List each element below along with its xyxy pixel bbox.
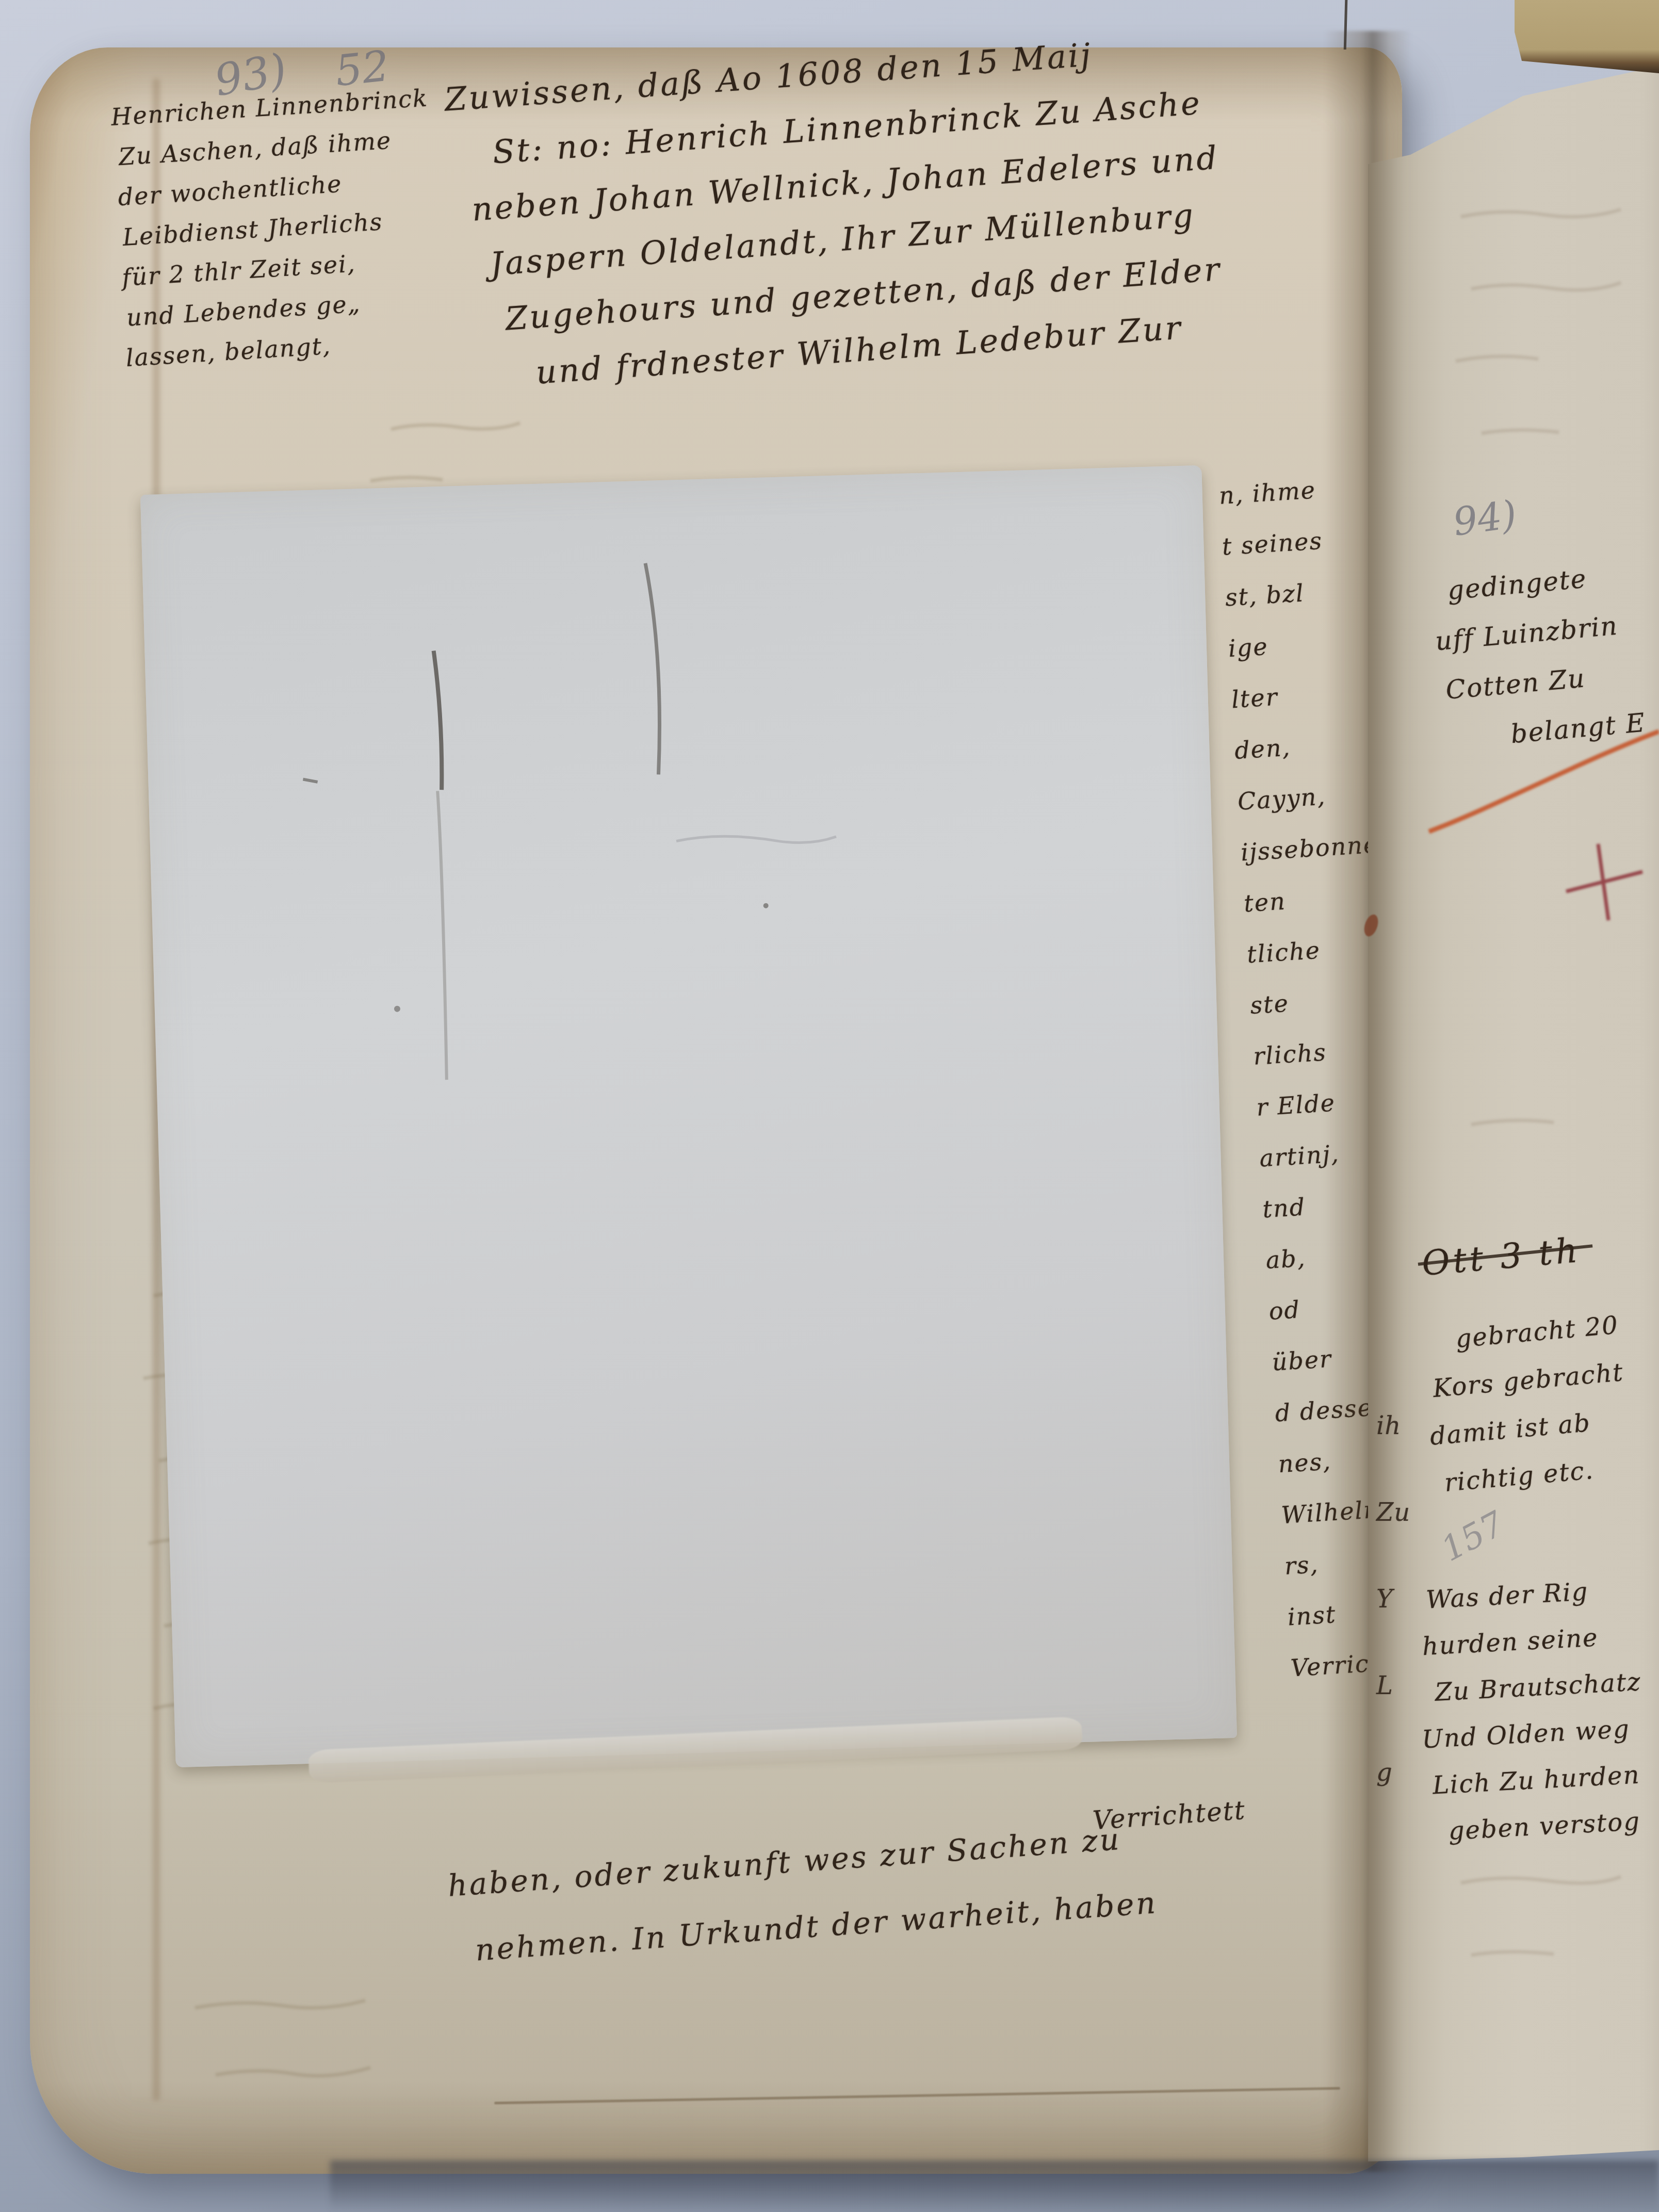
edge-fragment: Y [1376, 1556, 1410, 1642]
pencil-folio-number-right: 94) [1451, 492, 1520, 545]
pasted-paper-marks [140, 465, 1237, 1768]
margin-note: Henrichen Linnenbrinck Zu Aschen, daß ih… [110, 77, 444, 378]
main-entry-text: Zuwissen, daß Ao 1608 den 15 Maij St: no… [443, 19, 1232, 405]
pasted-paper-overlay [140, 465, 1237, 1768]
lower-right-note: Was der Rig hurden seine Zu Brautschatz … [1413, 1566, 1650, 1856]
right-page-note: gedingete uff Luinzbrin Cotten Zu belang… [1429, 550, 1648, 765]
edge-fragment: Zu [1376, 1469, 1410, 1556]
stray-ink-stroke [1344, 0, 1348, 50]
gutter-edge-fragments: ih Zu Y L g [1376, 1382, 1410, 1816]
account-note: gebracht 20 Kors gebracht damit ist ab r… [1420, 1301, 1634, 1507]
manuscript-photo: 93) 52 Henrichen Linnenbrinck Zu Aschen,… [0, 0, 1659, 2212]
edge-fragment: g [1376, 1729, 1410, 1816]
edge-fragment: ih [1376, 1382, 1410, 1469]
right-page-bleed-marks [1368, 0, 1659, 2212]
right-page: 94) gedingete uff Luinzbrin Cotten Zu be… [1368, 0, 1659, 2212]
underlying-leaf-edge [1515, 0, 1659, 73]
edge-fragment: L [1376, 1642, 1410, 1729]
book-cast-shadow [330, 2160, 1659, 2212]
left-page: 93) 52 Henrichen Linnenbrinck Zu Aschen,… [30, 47, 1402, 2174]
red-cross-mark [1566, 844, 1642, 920]
